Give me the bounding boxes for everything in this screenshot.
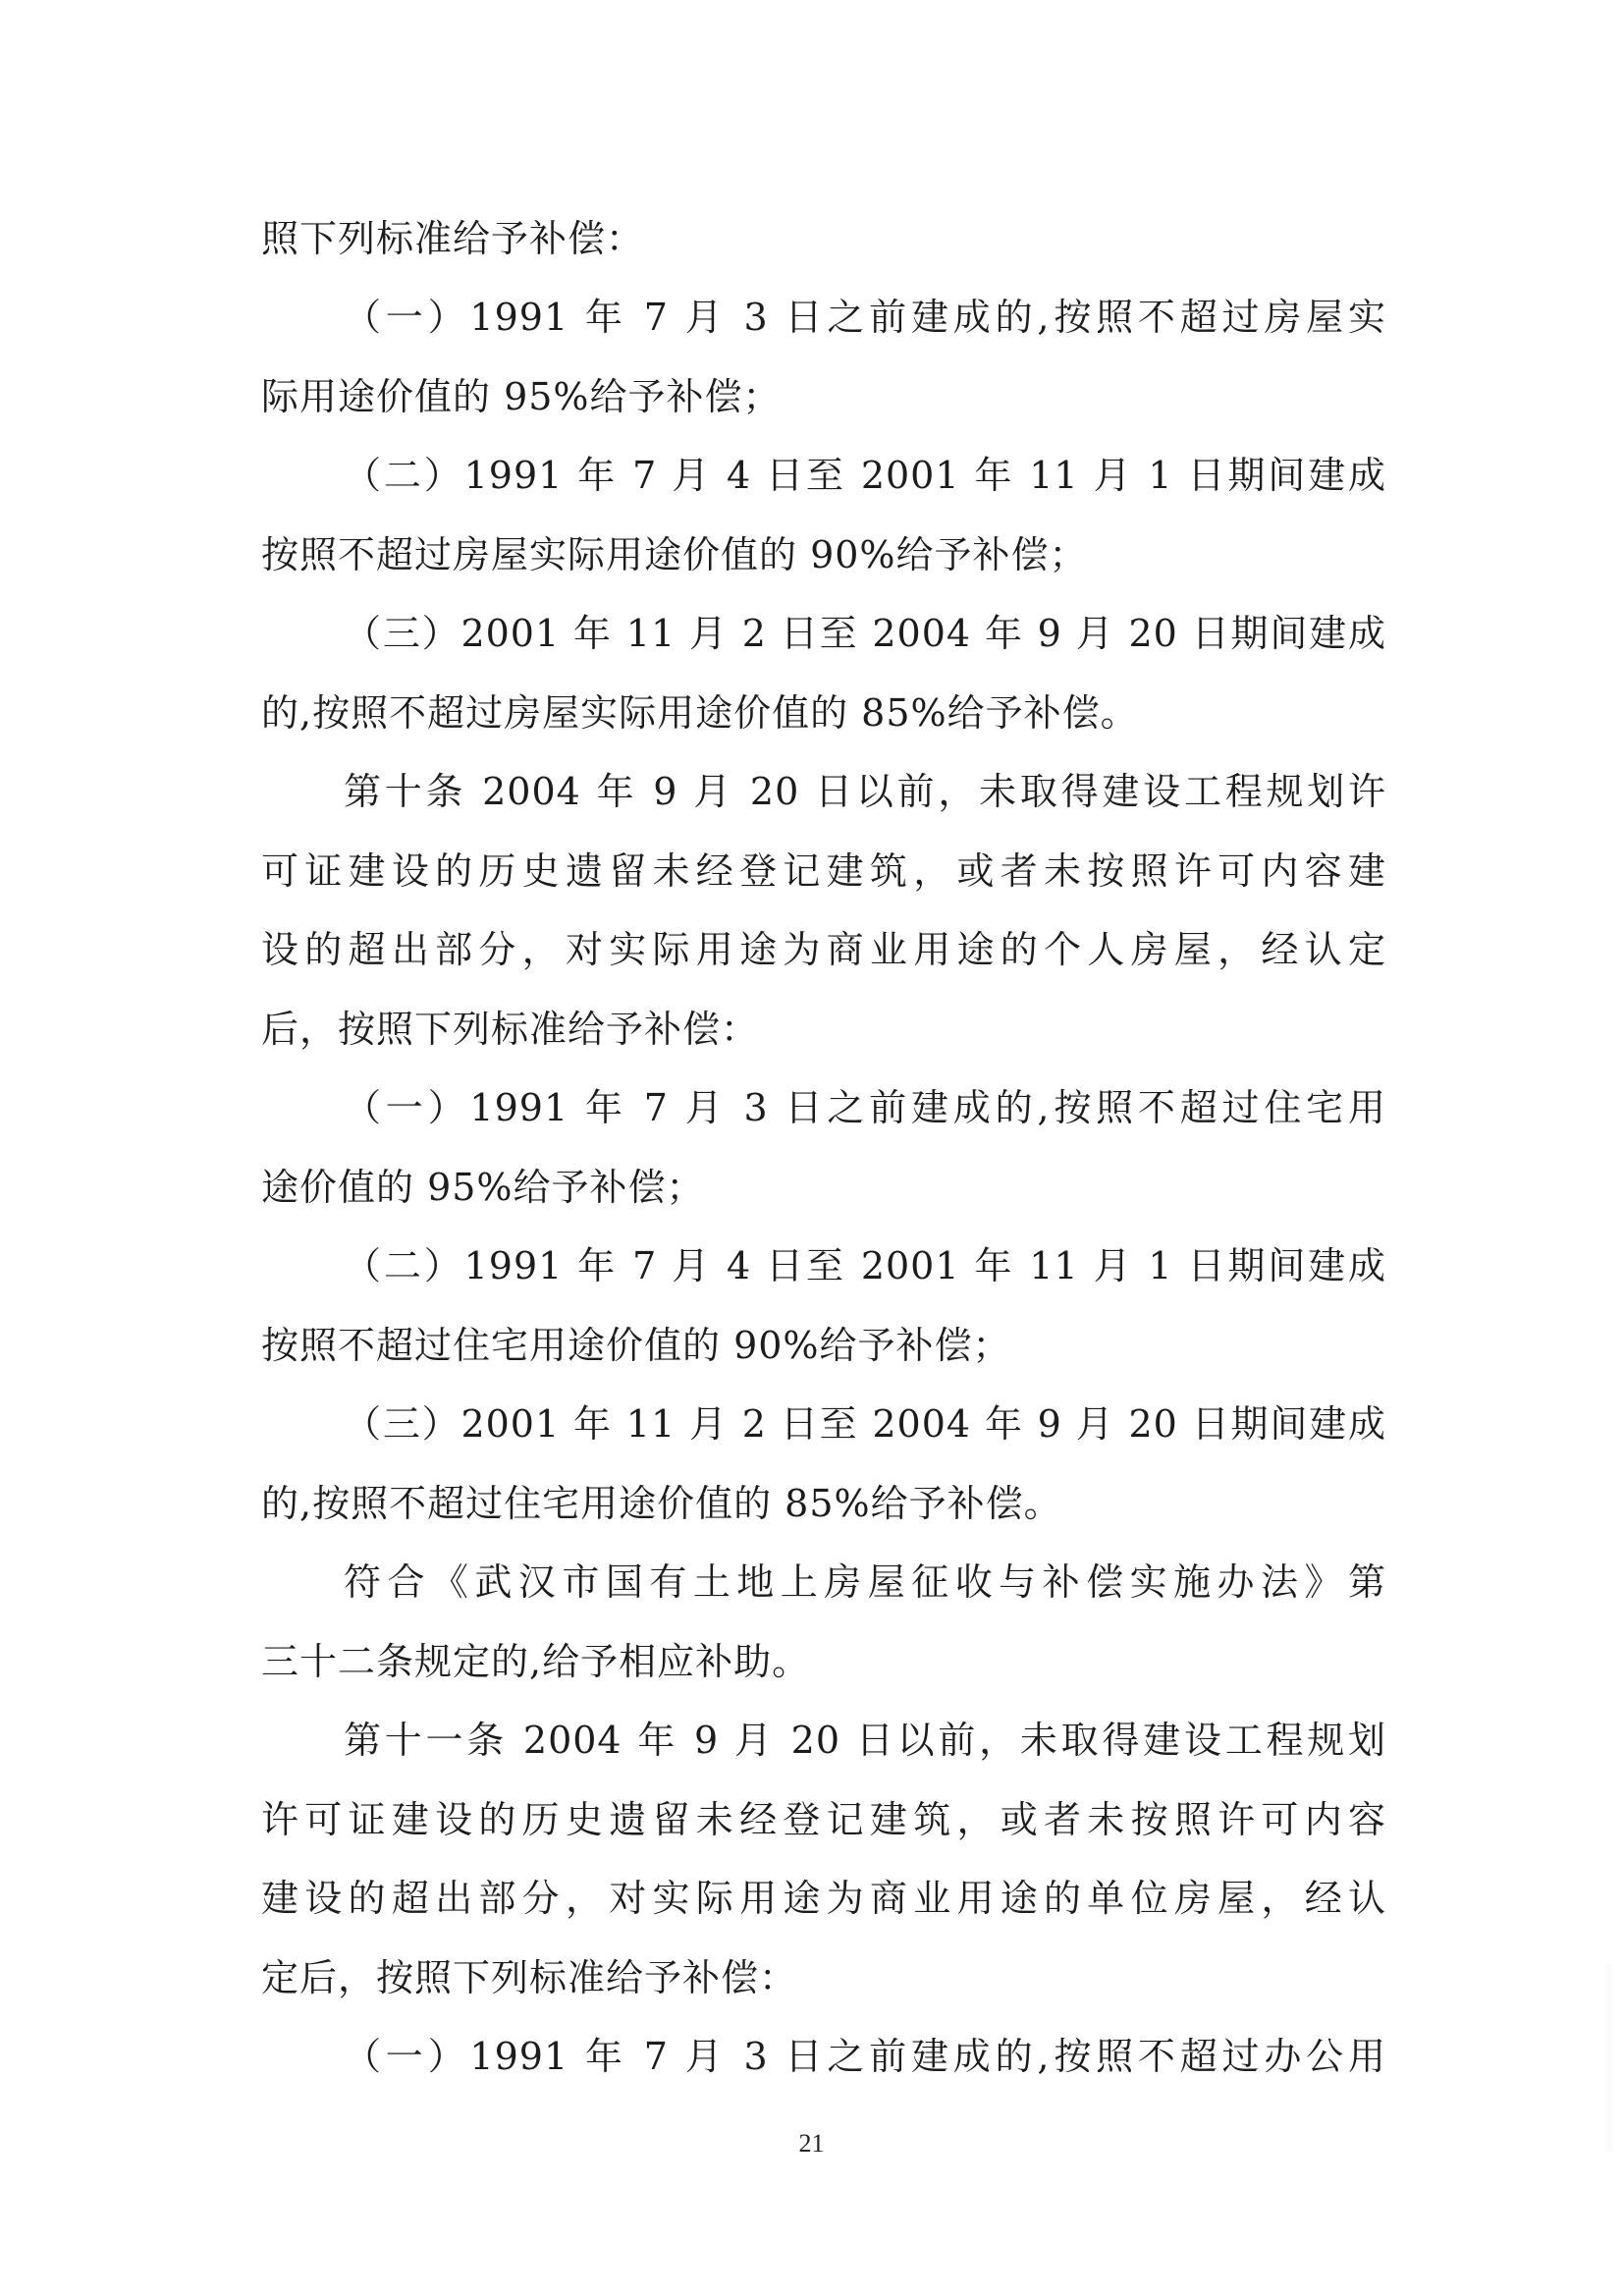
- text-line: 定后，按照下列标准给予补偿：: [261, 1939, 797, 2017]
- text-line-continuation: 照下列标准给予补偿：: [261, 199, 644, 278]
- subsidy-clause-line: 符合《武汉市国有土地上房屋征收与补偿实施办法》第: [344, 1543, 1386, 1621]
- page-number: 21: [0, 2127, 1623, 2160]
- text-line: 许可证建设的历史遗留未经登记建筑，或者未按照许可内容: [261, 1780, 1386, 1859]
- text-line: 设的超出部分，对实际用途为商业用途的个人房屋，经认定: [261, 910, 1386, 989]
- text-line: 际用途价值的 95%给予补偿；: [261, 357, 782, 436]
- text-line-item-3-building: （三）2001 年 11 月 2 日至 2004 年 9 月 20 日期间建成: [344, 594, 1386, 673]
- text-line-item-2-residential: （二）1991 年 7 月 4 日至 2001 年 11 月 1 日期间建成的，: [344, 1227, 1386, 1305]
- text-line-item-1-office: （一）1991 年 7 月 3 日之前建成的,按照不超过办公用: [344, 2017, 1386, 2096]
- text-line: 可证建设的历史遗留未经登记建筑，或者未按照许可内容建: [261, 832, 1386, 910]
- text-line: 的,按照不超过房屋实际用途价值的 85%给予补偿。: [261, 674, 1139, 752]
- text-line: 按照不超过房屋实际用途价值的 90%给予补偿；: [261, 516, 1088, 594]
- document-page: 照下列标准给予补偿： （一）1991 年 7 月 3 日之前建成的,按照不超过房…: [0, 0, 1623, 2296]
- article-11-heading-line: 第十一条 2004 年 9 月 20 日以前，未取得建设工程规划: [344, 1701, 1386, 1779]
- text-line: 的,按照不超过住宅用途价值的 85%给予补偿。: [261, 1464, 1062, 1543]
- text-line-item-3-residential: （三）2001 年 11 月 2 日至 2004 年 9 月 20 日期间建成: [344, 1385, 1386, 1463]
- text-line: 建设的超出部分，对实际用途为商业用途的单位房屋，经认: [261, 1859, 1386, 1938]
- scan-artifact: [1604, 1964, 1614, 2151]
- text-line: 后，按照下列标准给予补偿：: [261, 990, 759, 1068]
- text-line: 三十二条规定的,给予相应补助。: [261, 1622, 810, 1701]
- text-line-item-1-residential: （一）1991 年 7 月 3 日之前建成的,按照不超过住宅用: [344, 1068, 1386, 1147]
- text-line: 按照不超过住宅用途价值的 90%给予补偿；: [261, 1306, 1011, 1385]
- text-line: 途价值的 95%给予补偿；: [261, 1148, 705, 1227]
- text-line-item-1-building: （一）1991 年 7 月 3 日之前建成的,按照不超过房屋实: [344, 278, 1386, 356]
- article-10-heading-line: 第十条 2004 年 9 月 20 日以前，未取得建设工程规划许: [344, 752, 1386, 831]
- text-line-item-2-building: （二）1991 年 7 月 4 日至 2001 年 11 月 1 日期间建成的，: [344, 436, 1386, 515]
